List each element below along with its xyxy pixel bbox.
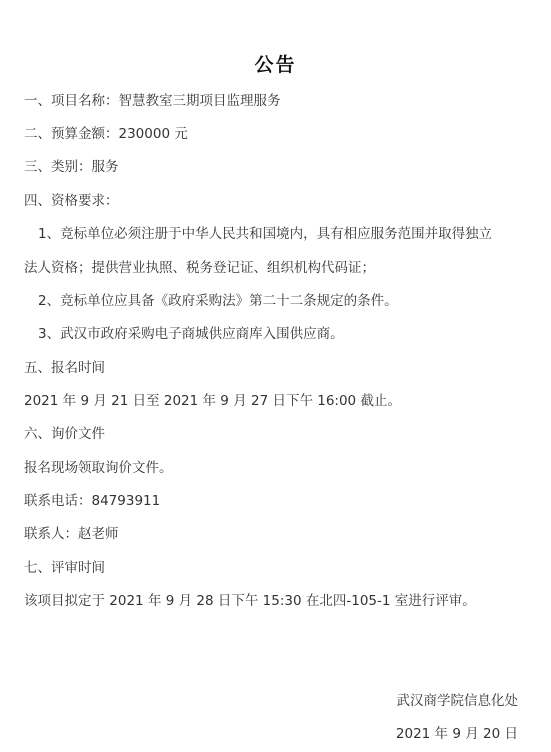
qualification-item-2: 2、竞标单位应具备《政府采购法》第二十二条规定的条件。 [38,289,398,309]
registration-period: 2021 年 9 月 21 日至 2021 年 9 月 27 日下午 16:00… [24,389,401,409]
budget-line: 二、预算金额：230000 元 [24,122,188,142]
qualification-item-1-cont: 法人资格；提供营业执照、税务登记证、组织机构代码证； [24,256,375,276]
project-name-line: 一、项目名称：智慧教室三期项目监理服务 [24,89,281,109]
qualification-item-3: 3、武汉市政府采购电子商城供应商库入围供应商。 [38,322,344,342]
signature-date: 2021 年 9 月 20 日 [396,722,518,742]
qualification-heading: 四、资格要求： [24,189,119,209]
qualification-item-1: 1、竞标单位必须注册于中华人民共和国境内，具有相应服务范围并取得独立 [38,222,492,242]
contact-person: 联系人：赵老师 [24,522,119,542]
review-time: 该项目拟定于 2021 年 9 月 28 日下午 15:30 在北四-105-1… [24,589,476,609]
registration-heading: 五、报名时间 [24,356,105,376]
inquiry-text: 报名现场领取询价文件。 [24,456,173,476]
inquiry-heading: 六、询价文件 [24,422,105,442]
signature-organization: 武汉商学院信息化处 [397,689,519,709]
announcement-title: 公告 [0,50,551,77]
category-line: 三、类别：服务 [24,155,119,175]
review-heading: 七、评审时间 [24,556,105,576]
contact-phone: 联系电话：84793911 [24,489,160,509]
